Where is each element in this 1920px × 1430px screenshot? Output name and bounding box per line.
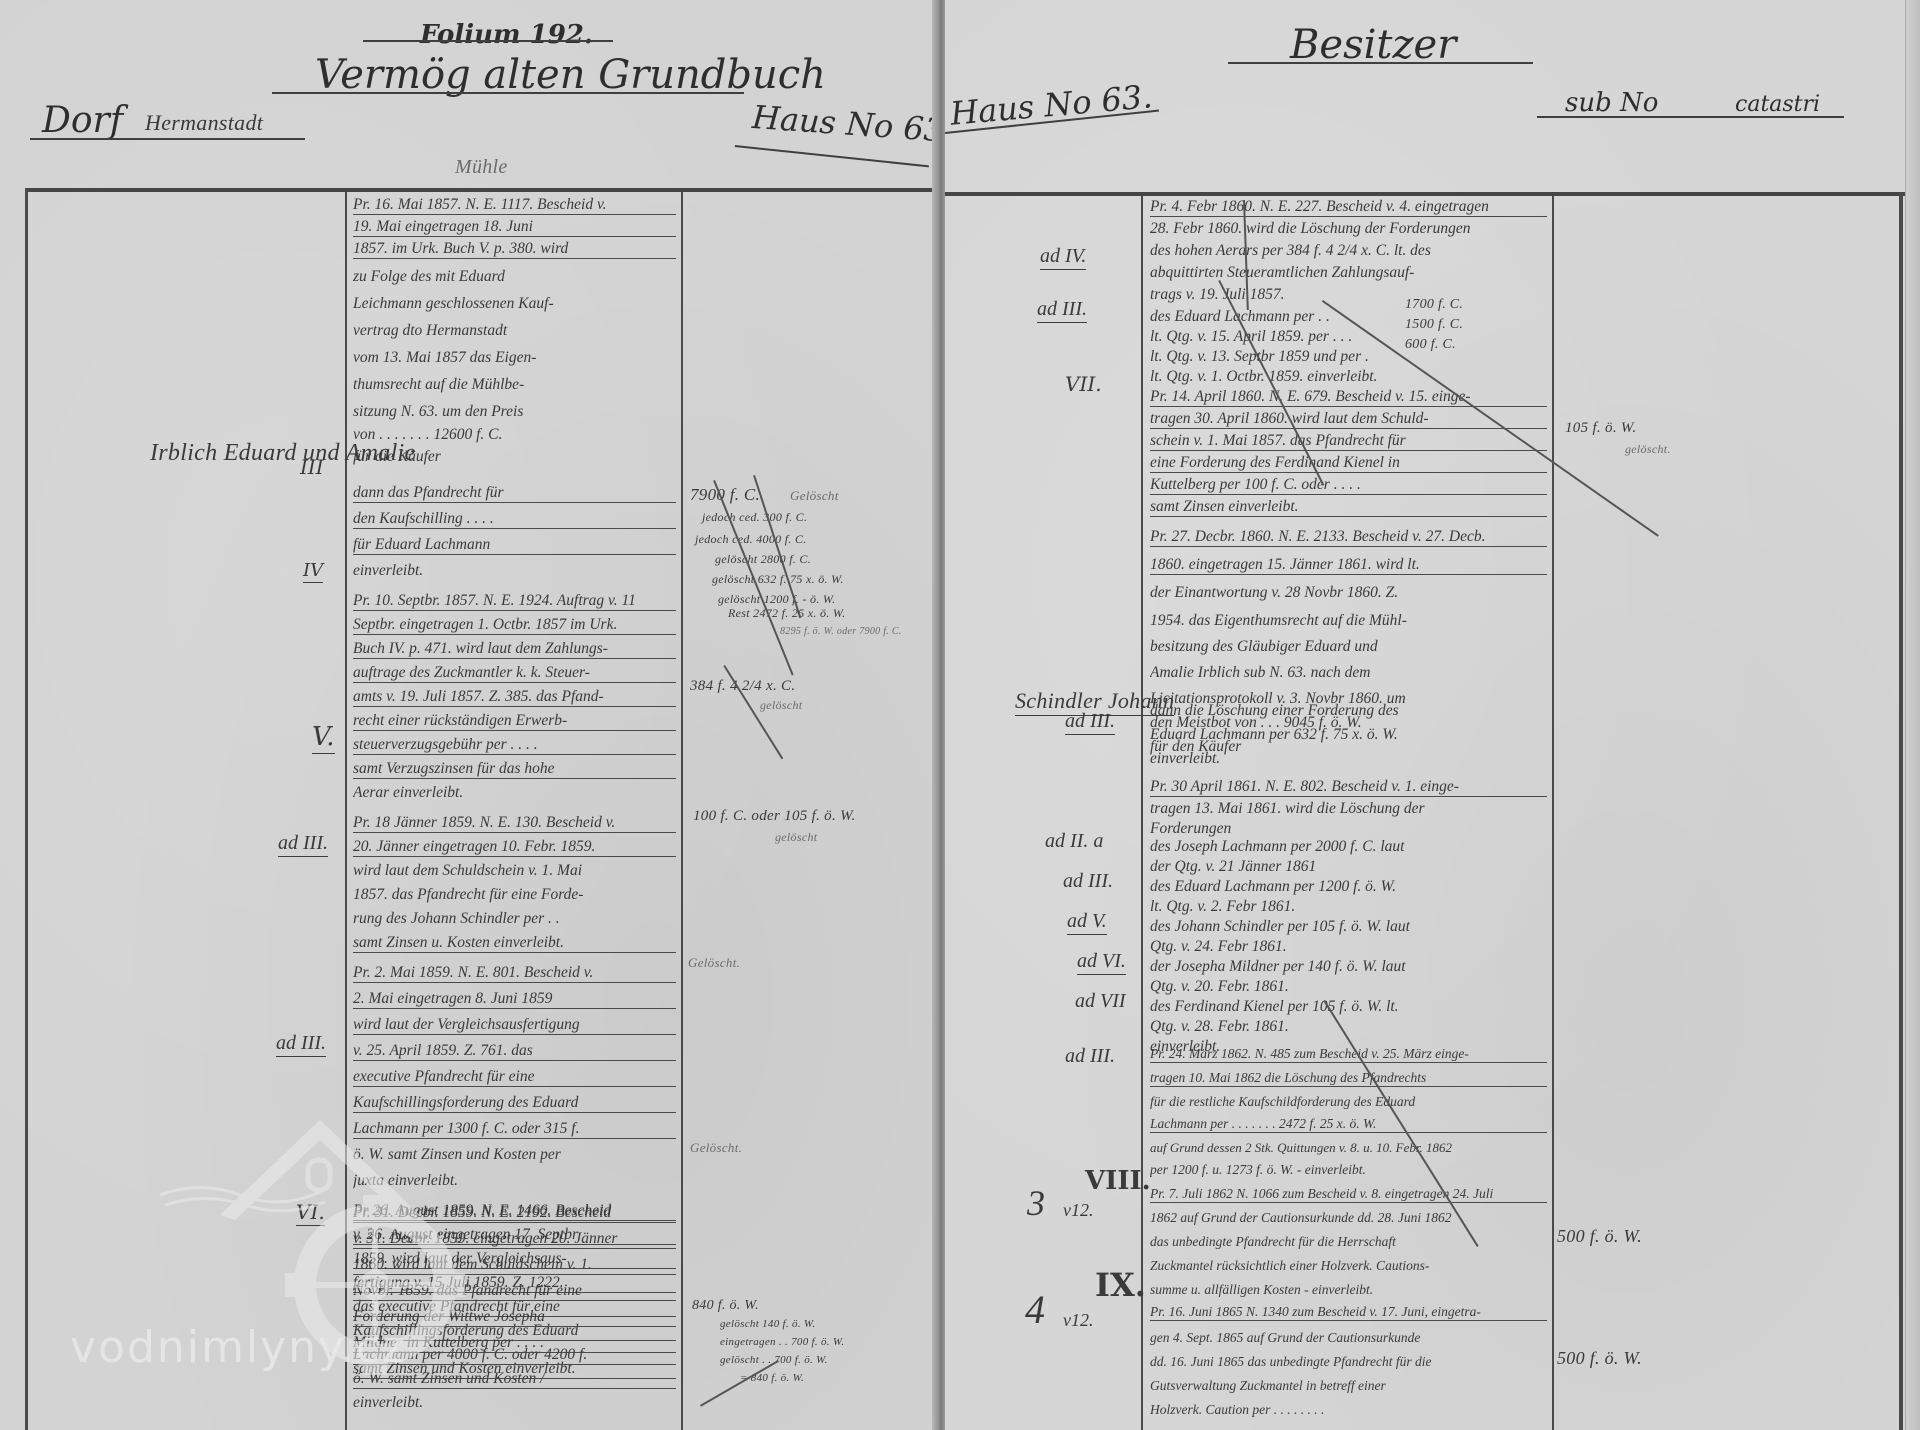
entry-line: tragen 13. Mai 1861. wird die Löschung d…	[1150, 800, 1547, 818]
sub-underline	[1537, 116, 1844, 118]
column-divider-2	[681, 192, 683, 1430]
entry-line: Pr. 10. Septbr. 1857. N. E. 1924. Auftra…	[353, 592, 676, 611]
village-label: Dorf	[42, 100, 123, 141]
entry-line: schein v. 1. Mai 1857. das Pfandrecht fü…	[1150, 432, 1547, 451]
marker-ad-iii: ad III.	[1063, 870, 1113, 893]
entry-line: des Joseph Lachmann per 2000 f. C. laut	[1150, 838, 1547, 856]
table-right-border	[1899, 192, 1903, 1430]
sub-number-label: sub No	[1565, 88, 1658, 118]
entry-line: steuerverzugsgebühr per . . . .	[353, 736, 676, 755]
amount-viii: 500 f. ö. W.	[1557, 1226, 1642, 1247]
entry-line: der Josepha Mildner per 140 f. ö. W. lau…	[1150, 958, 1547, 976]
entry-line: Aerar einverleibt.	[353, 784, 676, 802]
entry-line: lt. Qtg. v. 1. Octbr. 1859. einverleibt.	[1150, 368, 1547, 386]
bracket-amount: 1500 f. C.	[1405, 317, 1463, 333]
marker-ad-iii-1: ad III.	[278, 832, 328, 857]
entry-line: wird laut dem Schuldschein v. 1. Mai	[353, 862, 676, 880]
amount-iii: 7900 f. C.	[690, 485, 760, 505]
entry-line: Pr. 18 Jänner 1859. N. E. 130. Bescheid …	[353, 814, 676, 833]
entry-line: Pr. 30 April 1861. N. E. 802. Bescheid v…	[1150, 778, 1547, 797]
book-right-edge	[1905, 0, 1920, 1430]
entry-line: 28. Febr 1860. wird die Löschung der For…	[1150, 220, 1547, 238]
entry-line: Zuckmantel rücksichtlich einer Holzverk.…	[1150, 1258, 1547, 1274]
amount-ix: 500 f. ö. W.	[1557, 1348, 1642, 1369]
watermark-text: vodnimlyny.cz	[70, 1322, 407, 1373]
marker-ad-iv: ad IV.	[1040, 245, 1086, 270]
entry-line: tragen 10. Mai 1862 die Löschung des Pfa…	[1150, 1070, 1547, 1087]
entry-line: vertrag dto Hermanstadt	[353, 322, 676, 340]
entry-line: Pr. 16. Juni 1865 N. 1340 zum Bescheid v…	[1150, 1304, 1547, 1321]
entry-line: dd. 16. Juni 1865 das unbedingte Pfandre…	[1150, 1354, 1547, 1370]
marker-ad-iii-2: ad III.	[276, 1032, 326, 1057]
entry-line: Qtg. v. 28. Febr. 1861.	[1150, 1018, 1547, 1036]
marker-ad-iii: ad III.	[1065, 710, 1115, 735]
house-number-label: Haus No 63.	[751, 98, 956, 150]
house-underline	[735, 145, 929, 167]
entry-line: 1857. das Pfandrecht für eine Forde-	[353, 886, 676, 904]
entry-line: lt. Qtg. v. 13. Septbr 1859 und per .	[1150, 348, 1547, 366]
entry-line: Pr. 24. März 1862. N. 485 zum Bescheid v…	[1150, 1046, 1547, 1063]
entry-line: dann das Pfandrecht für	[353, 484, 676, 503]
marker-iii: III	[300, 455, 324, 479]
entry-line: Amalie Irblich sub N. 63. nach dem	[1150, 664, 1547, 682]
heading-underline	[272, 92, 744, 94]
entry-line: gen 4. Sept. 1865 auf Grund der Cautions…	[1150, 1330, 1547, 1346]
calc-line: gelöscht 140 f. ö. W.	[720, 1318, 815, 1330]
marker-v: V.	[312, 722, 335, 754]
entry-line: per 1200 f. u. 1273 f. ö. W. - einverlei…	[1150, 1162, 1547, 1178]
entry-line: des Eduard Lachmann per 1200 f. ö. W.	[1150, 878, 1547, 896]
calc-line: gelöscht . . 700 f. ö. W.	[720, 1354, 828, 1366]
folio-underline	[363, 40, 613, 42]
entry-line: Pr. 2. Mai 1859. N. E. 801. Bescheid v.	[353, 964, 676, 983]
calc-line: jedoch ced. 4000 f. C.	[695, 532, 807, 547]
note-geloescht: Gelöscht.	[688, 955, 740, 971]
margin-number-4: 4	[1025, 1286, 1045, 1333]
entry-line: recht einer rückständigen Erwerb-	[353, 712, 676, 731]
column-divider-r1	[1141, 196, 1143, 1430]
calc-line: gelöscht 2800 f. C.	[715, 552, 811, 567]
calc-line: jedoch ced. 300 f. C.	[702, 510, 807, 525]
calc-line: Rest 2472 f. 25 x. ö. W.	[728, 606, 845, 621]
marker-iv: IV	[303, 560, 323, 583]
entry-line: tragen 30. April 1860. wird laut dem Sch…	[1150, 410, 1547, 429]
entry-line: einverleibt.	[353, 562, 676, 580]
entry-line: der Qtg. v. 21 Jänner 1861	[1150, 858, 1547, 876]
entry-line: wird laut der Vergleichsausfertigung	[353, 1016, 676, 1035]
entry-line: Kuttelberg per 100 f. C. oder . . . .	[1150, 476, 1547, 495]
entry-line: samt Verzugszinsen für das hohe	[353, 760, 676, 779]
entry-line: vom 13. Mai 1857 das Eigen-	[353, 349, 676, 367]
bracket-amount: 1700 f. C.	[1405, 297, 1463, 313]
amount-vi: 840 f. ö. W.	[692, 1298, 759, 1314]
entry-line: amts v. 19. Juli 1857. Z. 385. das Pfand…	[353, 688, 676, 707]
entry-line: lt. Qtg. v. 15. April 1859. per . . .	[1150, 328, 1547, 346]
entry-line: 19. Mai eingetragen 18. Juni	[353, 218, 676, 237]
note-geloescht: gelöscht	[775, 830, 817, 845]
entry-line: Qtg. v. 24. Febr 1861.	[1150, 938, 1547, 956]
column-divider-r2	[1552, 196, 1554, 1430]
entry-line: trags v. 19. Juli 1857.	[1150, 286, 1547, 304]
house-number-label-right: Haus No 63.	[949, 77, 1154, 133]
entry-line: Gutsverwaltung Zuckmantel in betreff ein…	[1150, 1378, 1547, 1394]
calc-line: eingetragen . . 700 f. ö. W.	[720, 1336, 844, 1348]
marker-ix: IX.	[1095, 1266, 1146, 1304]
entry-line: samt Zinsen u. Kosten einverleibt.	[353, 934, 676, 953]
margin-sub-v12: v12.	[1063, 1310, 1094, 1331]
entry-line: Pr. 16. Mai 1857. N. E. 1117. Bescheid v…	[353, 196, 676, 215]
bracket-amount: 600 f. C.	[1405, 337, 1456, 353]
marker-ad-iii: ad III.	[1037, 298, 1087, 323]
entry-line: des Ferdinand Kienel per 105 f. ö. W. lt…	[1150, 998, 1547, 1016]
entry-line: thumsrecht auf die Mühlbe-	[353, 376, 676, 394]
entry-line: Buch IV. p. 471. wird laut dem Zahlungs-	[353, 640, 676, 659]
entry-line: dann die Löschung einer Forderung des	[1150, 702, 1547, 720]
table-left-border	[25, 188, 28, 1430]
amount-v: 100 f. C. oder 105 f. ö. W.	[693, 808, 856, 825]
entry-line: einverleibt.	[1150, 750, 1547, 768]
entry-line: Eduard Lachmann per 632 f. 75 x. ö. W.	[1150, 726, 1547, 744]
village-name: Hermanstadt	[145, 110, 263, 136]
margin-sub-v12: v12.	[1063, 1200, 1094, 1221]
marker-viii: VIII.	[1085, 1166, 1151, 1196]
entry-line: Pr. 14. April 1860. N. E. 679. Bescheid …	[1150, 388, 1547, 407]
entry-line: des Johann Schindler per 105 f. ö. W. la…	[1150, 918, 1547, 936]
entry-line: Forderungen	[1150, 820, 1547, 838]
amount-vii: 105 f. ö. W.	[1565, 420, 1636, 437]
note-geloescht: Gelöscht	[790, 488, 839, 504]
entry-line: auf Grund dessen 2 Stk. Quittungen v. 8.…	[1150, 1140, 1547, 1156]
calc-total: 8295 f. ö. W. oder 7900 f. C.	[780, 626, 902, 637]
owners-heading-underline	[1228, 62, 1533, 64]
note-geloescht: gelöscht.	[1625, 442, 1671, 457]
entry-line: abquittirten Steueramtlichen Zahlungsauf…	[1150, 264, 1547, 282]
village-underline	[30, 138, 305, 140]
marker-ad-iii: ad III.	[1065, 1045, 1115, 1068]
folio-label: Folium 192.	[420, 20, 593, 50]
entry-line: rung des Johann Schindler per . .	[353, 910, 676, 928]
marker-vii: VII.	[1065, 372, 1102, 396]
entry-line: der Einantwortung v. 28 Novbr 1860. Z.	[1150, 584, 1547, 602]
entry-line: eine Forderung des Ferdinand Kienel in	[1150, 454, 1547, 473]
entry-line: für die Käufer	[353, 448, 676, 466]
entry-line: 1857. im Urk. Buch V. p. 380. wird	[353, 240, 676, 259]
entry-line: 1954. das Eigenthumsrecht auf die Mühl-	[1150, 612, 1547, 630]
entry-line: 1862 auf Grund der Cautionsurkunde dd. 2…	[1150, 1210, 1547, 1226]
entry-line: summe u. allfälligen Kosten - einverleib…	[1150, 1282, 1547, 1298]
marker-ad-ii-a: ad II. a	[1045, 830, 1103, 853]
left-page: Folium 192. Vermög alten Grundbuch Dorf …	[0, 0, 935, 1430]
entry-line: sitzung N. 63. um den Preis	[353, 403, 676, 421]
entry-line: executive Pfandrecht für eine	[353, 1068, 676, 1087]
right-page: Besitzer Haus No 63. sub No catastri Sch…	[945, 0, 1920, 1430]
entry-line: Pr. 27. Decbr. 1860. N. E. 2133. Beschei…	[1150, 528, 1547, 547]
entries-column-right-lower: dann die Löschung einer Forderung des Ed…	[1144, 700, 1551, 1430]
calc-line: gelöscht 632 f. 75 x. ö. W.	[712, 572, 844, 587]
marker-ad-v: ad V.	[1067, 910, 1107, 935]
entry-line: Pr. 7. Juli 1862 N. 1066 zum Bescheid v.…	[1150, 1186, 1547, 1203]
catastri-label: catastri	[1735, 92, 1820, 117]
entry-line: 1860. eingetragen 15. Jänner 1861. wird …	[1150, 556, 1547, 575]
entry-line: 20. Jänner eingetragen 10. Febr. 1859.	[353, 838, 676, 857]
note-geloescht: Gelöscht.	[690, 1140, 742, 1156]
entry-line: den Kaufschilling . . . .	[353, 510, 676, 529]
margin-number-3: 3	[1027, 1182, 1045, 1224]
entry-line: Lachmann per . . . . . . . 2472 f. 25 x.…	[1150, 1116, 1547, 1133]
entry-line: 2. Mai eingetragen 8. Juni 1859	[353, 990, 676, 1009]
entry-line: v. 25. April 1859. Z. 761. das	[353, 1042, 676, 1061]
entry-line: Leichmann geschlossenen Kauf-	[353, 295, 676, 313]
entry-line: für Eduard Lachmann	[353, 536, 676, 555]
entry-line: des hohen Aerars per 384 f. 4 2/4 x. C. …	[1150, 242, 1547, 260]
entry-line: von . . . . . . . 12600 f. C.	[353, 426, 676, 444]
marker-ad-vii: ad VII	[1075, 990, 1126, 1013]
entry-line: auftrage des Zuckmantler k. k. Steuer-	[353, 664, 676, 683]
marker-ad-vi: ad VI.	[1077, 950, 1126, 975]
subtitle-mill: Mühle	[455, 156, 508, 179]
calc-line: gelöscht 1200 f. - ö. W.	[718, 592, 835, 607]
entry-line: samt Zinsen einverleibt.	[1150, 498, 1547, 517]
entry-line: Holzverk. Caution per . . . . . . . .	[1150, 1402, 1547, 1418]
entry-line: lt. Qtg. v. 2. Febr 1861.	[1150, 898, 1547, 916]
entry-line: Pr. 4. Febr 1860. N. E. 227. Bescheid v.…	[1150, 198, 1547, 217]
entry-line: Qtg. v. 20. Febr. 1861.	[1150, 978, 1547, 996]
entry-line: Septbr. eingetragen 1. Octbr. 1857 im Ur…	[353, 616, 676, 635]
note-geloescht: gelöscht	[760, 698, 802, 713]
entry-line: zu Folge des mit Eduard	[353, 268, 676, 286]
entry-line: besitzung des Gläubiger Eduard und	[1150, 638, 1547, 656]
entry-line: das unbedingte Pfandrecht für die Herrsc…	[1150, 1234, 1547, 1250]
entry-line: für die restliche Kaufschildforderung de…	[1150, 1094, 1547, 1110]
